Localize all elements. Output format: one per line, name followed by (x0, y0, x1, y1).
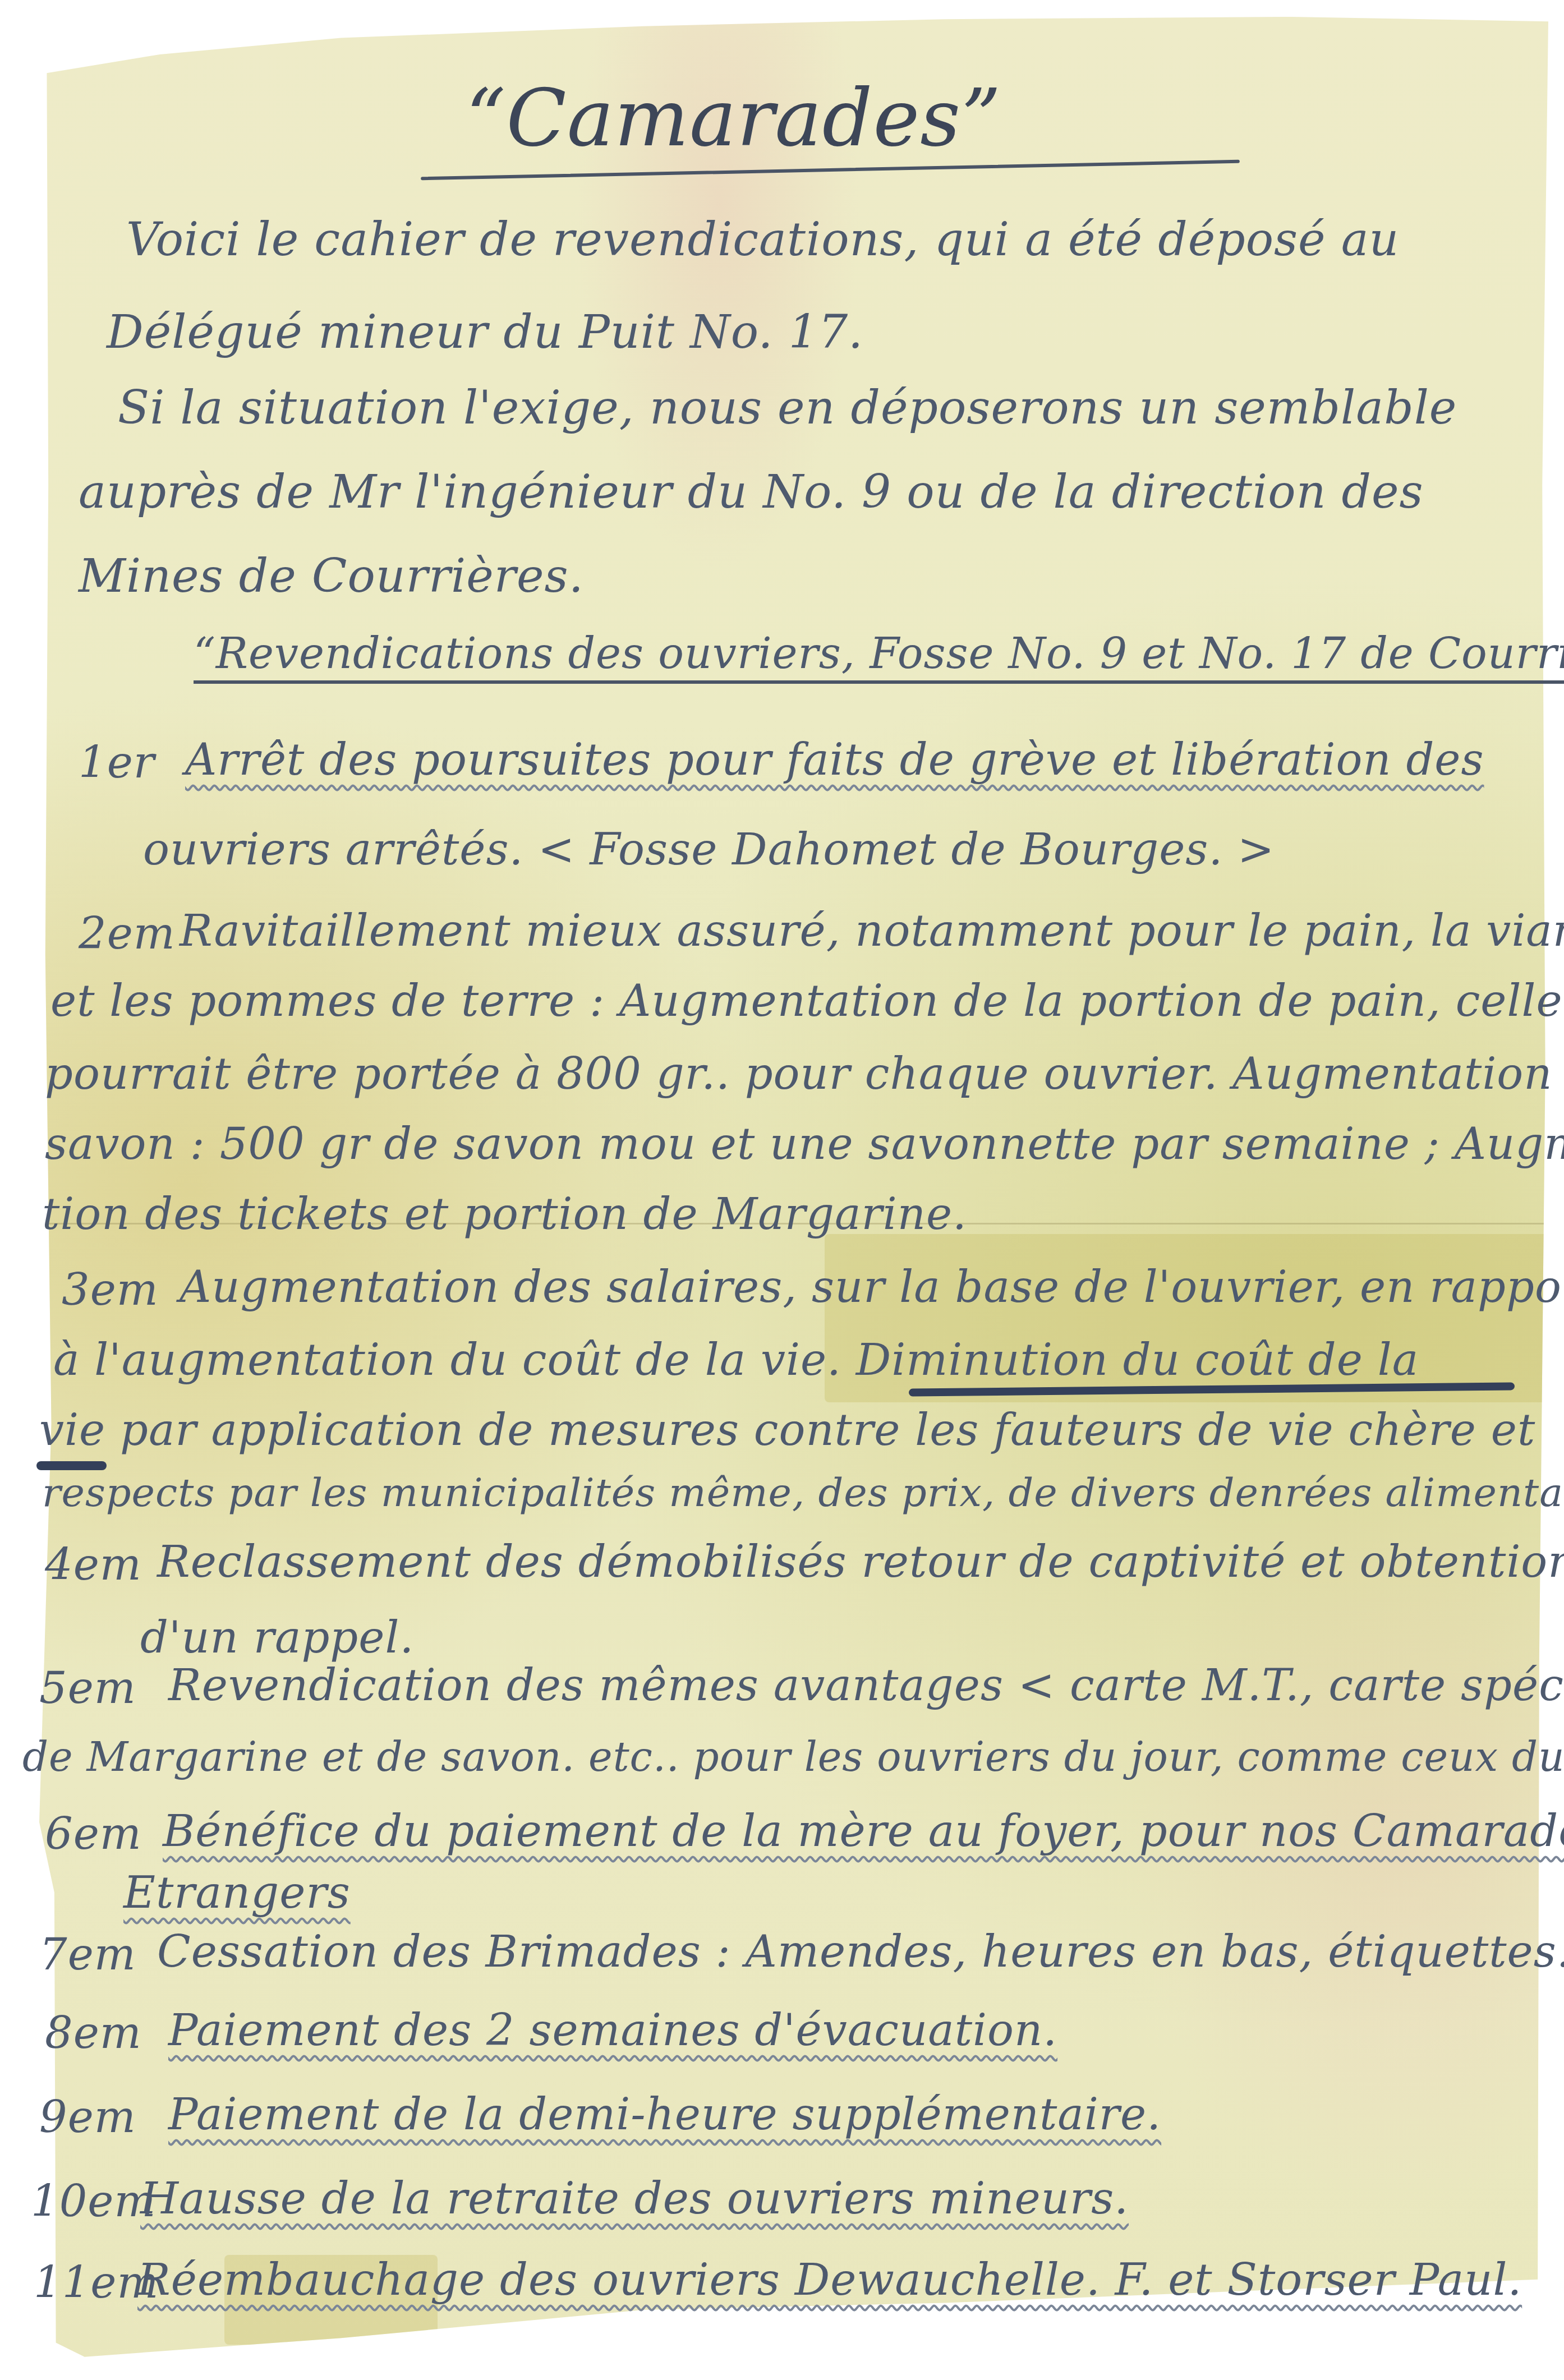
item-line: savon : 500 gr de savon mou et une savon… (45, 1119, 1564, 1170)
intro-line-1: Voici le cahier de revendications, qui a… (126, 213, 1399, 266)
item-line: Etrangers (123, 1868, 351, 1918)
item-number: 1er (79, 738, 155, 788)
item-line: à l'augmentation du coût de la vie. Dimi… (53, 1335, 1419, 1385)
item-line: Bénéfice du paiement de la mère au foyer… (163, 1806, 1564, 1857)
intro-line-5: Mines de Courrières. (79, 550, 584, 603)
item-line: Paiement des 2 semaines d'évacuation. (168, 2005, 1057, 2056)
item-line: pourrait être portée à 800 gr.. pour cha… (45, 1049, 1564, 1099)
item-line: Reclassement des démobilisés retour de c… (157, 1537, 1564, 1587)
intro-line-2: Délégué mineur du Puit No. 17. (107, 306, 863, 359)
item-line: vie par application de mesures contre le… (39, 1405, 1535, 1456)
item-line: Revendication des mêmes avantages < cart… (168, 1660, 1564, 1711)
item-number: 8em (45, 2008, 142, 2059)
heavy-underline (36, 1461, 107, 1470)
item-line: Réembauchage des ouvriers Dewauchelle. F… (137, 2255, 1522, 2305)
item-number: 10em (31, 2176, 156, 2227)
item-number: 6em (45, 1809, 142, 1859)
item-number: 7em (39, 1930, 136, 1980)
item-line: d'un rappel. (140, 1613, 414, 1663)
item-line: Cessation des Brimades : Amendes, heures… (157, 1927, 1564, 1977)
item-line: de Margarine et de savon. etc.. pour les… (22, 1733, 1564, 1780)
item-line: Hausse de la retraite des ouvriers mineu… (140, 2174, 1129, 2224)
item-number: 3em (62, 1265, 159, 1315)
item-line: Arrêt des poursuites pour faits de grève… (185, 735, 1484, 785)
demands-heading: “Revendications des ouvriers, Fosse No. … (194, 628, 1564, 678)
intro-line-4: auprès de Mr l'ingénieur du No. 9 ou de … (79, 466, 1424, 519)
item-line: ouvriers arrêtés. < Fosse Dahomet de Bou… (143, 825, 1275, 875)
item-line: Paiement de la demi-heure supplémentaire… (168, 2089, 1161, 2140)
item-number: 4em (45, 1540, 142, 1590)
item-line: respects par les municipalités même, des… (42, 1470, 1564, 1516)
item-line: et les pommes de terre : Augmentation de… (50, 976, 1564, 1026)
item-line: tion des tickets et portion de Margarine… (42, 1189, 967, 1240)
document-title: “Camarades” (466, 73, 1002, 164)
item-number: 5em (39, 1663, 136, 1714)
item-line: Augmentation des salaires, sur la base d… (180, 1262, 1564, 1313)
intro-line-3: Si la situation l'exige, nous en déposer… (118, 381, 1457, 435)
item-number: 9em (39, 2092, 136, 2143)
item-number: 2em (79, 909, 176, 959)
item-line: Ravitaillement mieux assuré, notamment p… (180, 906, 1564, 956)
